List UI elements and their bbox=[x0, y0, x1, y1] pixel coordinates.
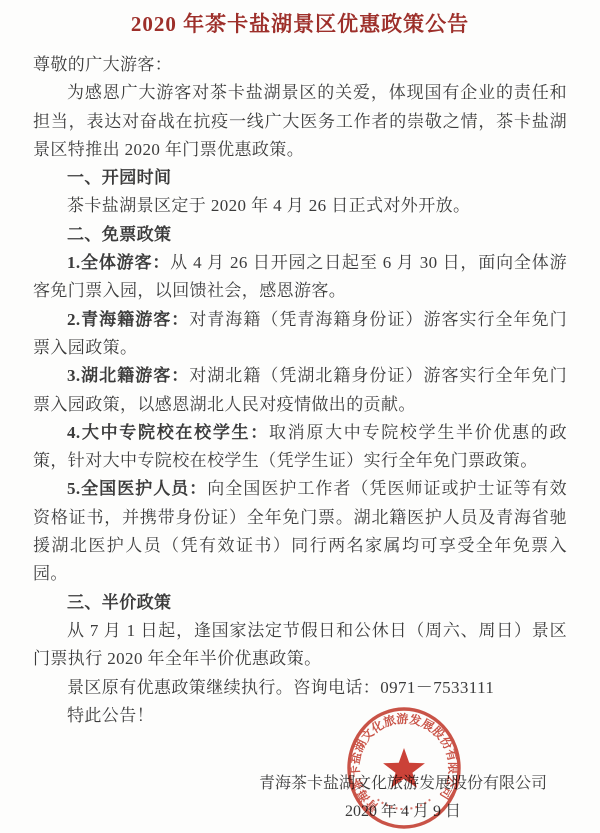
free-policy-item-5: 5.全国医护人员：向全国医护工作者（凭医师证或护士证等有效资格证书，并携带身份证… bbox=[33, 475, 567, 588]
section-3-paragraph: 从 7 月 1 日起，逢国家法定节假日和公休日（周六、周日）景区门票执行 202… bbox=[33, 617, 567, 674]
section-2-heading: 二、免票政策 bbox=[33, 221, 567, 249]
item-4-lead: 4.大中专院校在校学生： bbox=[67, 423, 269, 442]
free-policy-item-3: 3.湖北籍游客：对湖北籍（凭湖北籍身份证）游客实行全年免门票入园政策，以感恩湖北… bbox=[33, 362, 567, 419]
item-3-lead: 3.湖北籍游客： bbox=[67, 366, 189, 385]
signature-date: 2020 年 4 月 9 日 bbox=[246, 798, 560, 826]
item-5-lead: 5.全国医护人员： bbox=[67, 479, 207, 498]
salutation: 尊敬的广大游客： bbox=[33, 51, 567, 79]
section-1-heading: 一、开园时间 bbox=[33, 164, 567, 192]
document-body: 尊敬的广大游客： 为感恩广大游客对茶卡盐湖景区的关爱，体现国有企业的责任和担当，… bbox=[33, 51, 567, 730]
section-3-heading: 三、半价政策 bbox=[33, 589, 567, 617]
company-name: 青海茶卡盐湖文化旅游发展股份有限公司 bbox=[246, 770, 560, 798]
item-2-lead: 2.青海籍游客： bbox=[67, 310, 189, 329]
free-policy-item-4: 4.大中专院校在校学生：取消原大中专院校学生半价优惠的政策，针对大中专院校在校学… bbox=[33, 419, 567, 476]
announcement-page: 2020 年茶卡盐湖景区优惠政策公告 尊敬的广大游客： 为感恩广大游客对茶卡盐湖… bbox=[0, 0, 600, 833]
page-title: 2020 年茶卡盐湖景区优惠政策公告 bbox=[20, 8, 580, 38]
item-1-lead: 1.全体游客： bbox=[67, 253, 170, 272]
contact-note: 景区原有优惠政策继续执行。咨询电话：0971－7533111 bbox=[33, 674, 567, 702]
section-1-paragraph: 茶卡盐湖景区定于 2020 年 4 月 26 日正式对外开放。 bbox=[33, 192, 567, 220]
free-policy-item-1: 1.全体游客：从 4 月 26 日开园之日起至 6 月 30 日，面向全体游客免… bbox=[33, 249, 567, 306]
signature-block: 青海茶卡盐湖文化旅游发展股份有限公司 2020 年 4 月 9 日 bbox=[246, 770, 560, 826]
free-policy-item-2: 2.青海籍游客：对青海籍（凭青海籍身份证）游客实行全年免门票入园政策。 bbox=[33, 306, 567, 363]
intro-paragraph: 为感恩广大游客对茶卡盐湖景区的关爱，体现国有企业的责任和担当，表达对奋战在抗疫一… bbox=[33, 79, 567, 164]
closing-line: 特此公告！ bbox=[33, 702, 567, 730]
